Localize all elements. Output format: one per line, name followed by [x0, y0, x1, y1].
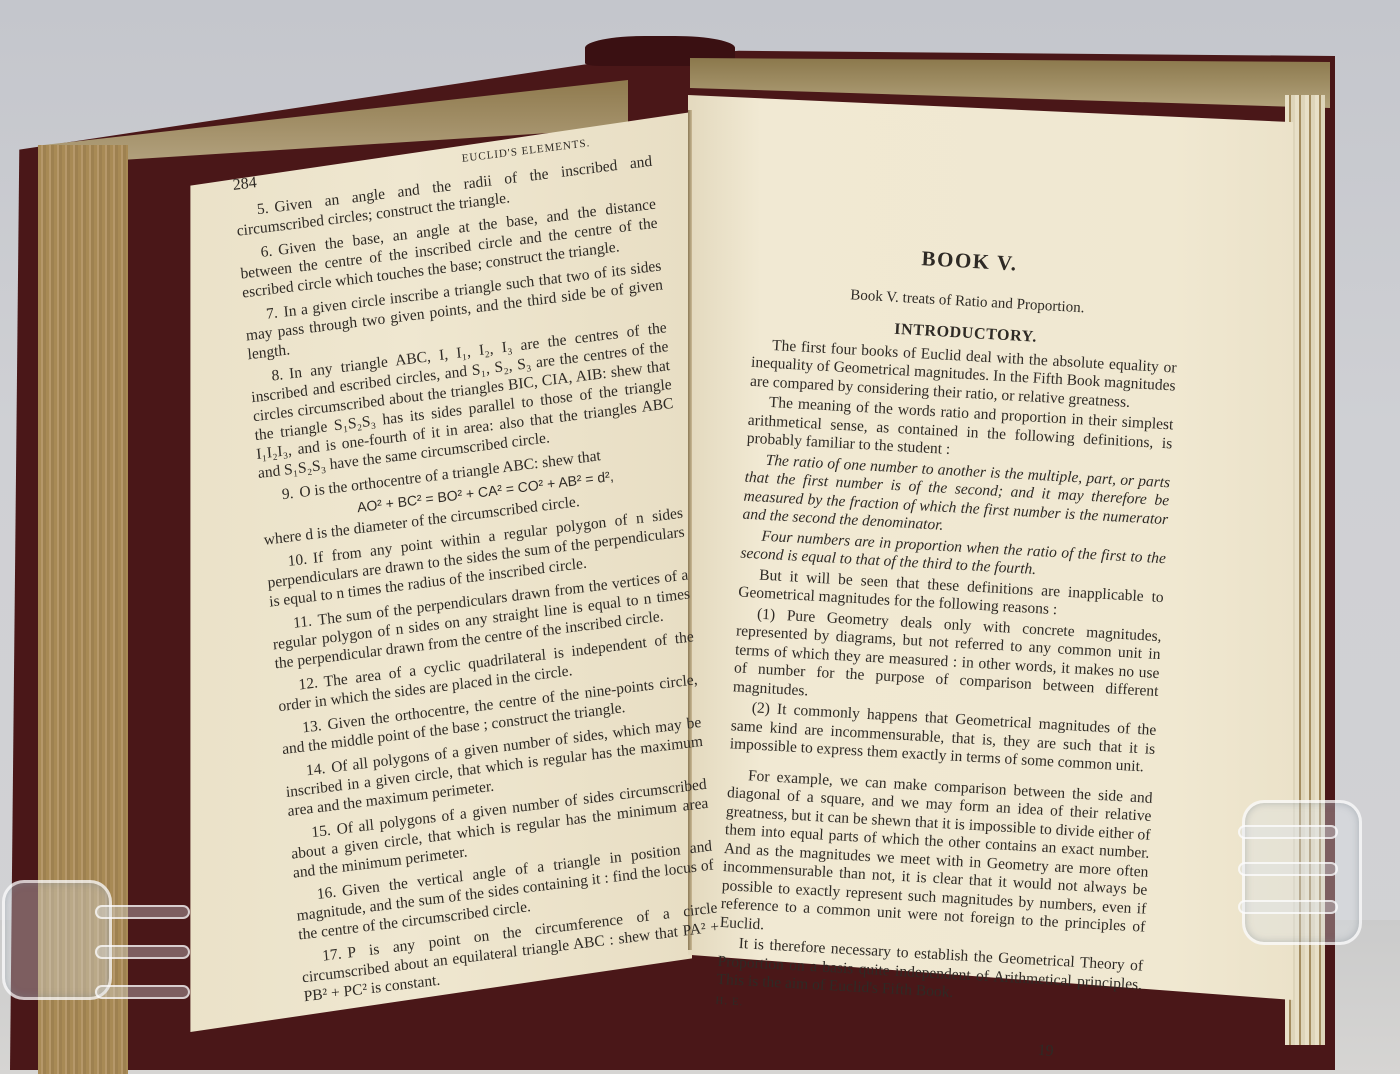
clip-prong-icon: [1238, 900, 1338, 914]
clip-prong-icon: [95, 985, 190, 999]
page-number-left: 284: [232, 173, 257, 195]
clip-prong-icon: [95, 945, 190, 959]
left-page-text: 284 EUCLID'S ELEMENTS. 5.Given an angle …: [232, 125, 722, 1012]
page-clip-left: [2, 880, 112, 1000]
clip-prong-icon: [1238, 825, 1338, 839]
clip-prong-icon: [1238, 862, 1338, 876]
clip-prong-icon: [95, 905, 190, 919]
paragraph-example: For example, we can make comparison betw…: [719, 766, 1153, 956]
right-page-text: BOOK V. Book V. treats of Ratio and Prop…: [713, 240, 1182, 1066]
